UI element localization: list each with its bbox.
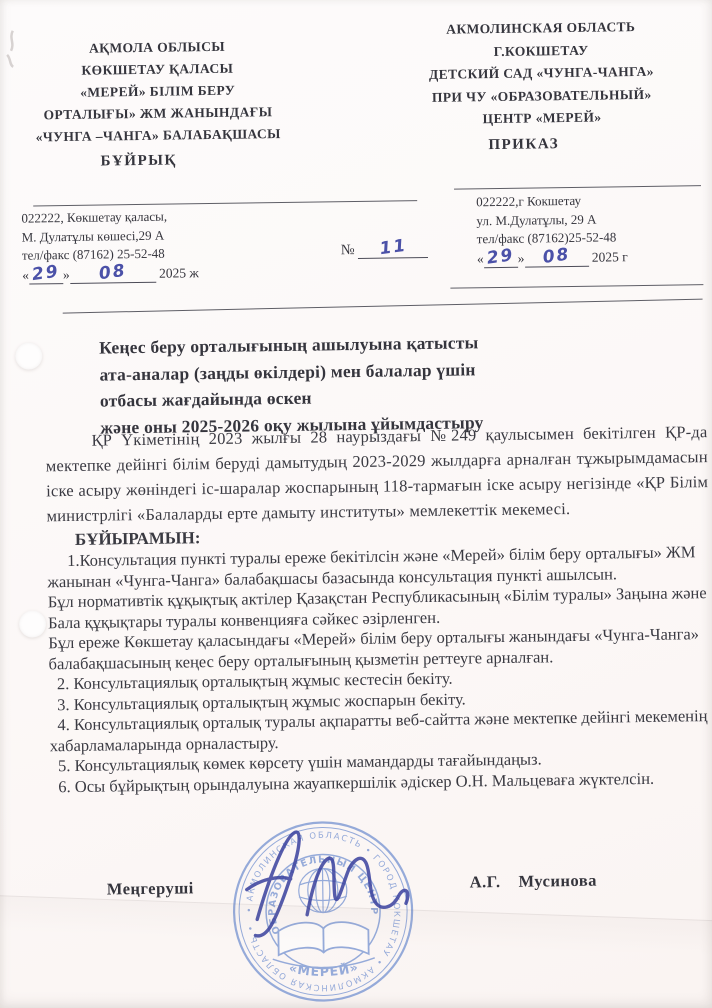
org-header-kazakh: АҚМОЛА ОБЛЫСЫ КӨКШЕТАУ ҚАЛАСЫ «МЕРЕЙ» БІ…	[23, 35, 293, 149]
org-line: ДЕТСКИЙ САД «ЧУНГА-ЧАНГА»	[383, 60, 699, 87]
org-line: «ЧУНГА –ЧАНГА» БАЛАБАҚШАСЫ	[24, 123, 292, 149]
requisites-left: 022222, Көкшетау қаласы, М. Дулатұлы көш…	[21, 206, 252, 284]
org-header-russian: АКМОЛИНСКАЯ ОБЛАСТЬ Г.КОКШЕТАУ ДЕТСКИЙ С…	[383, 15, 701, 132]
scan-artifact-mark	[1, 24, 36, 68]
divider-line	[450, 284, 703, 289]
date-year: 2025 г	[592, 249, 628, 265]
hole-punch-mark	[15, 342, 42, 369]
handwritten-month: 08	[98, 264, 127, 281]
signer-initials: А.Г.	[470, 872, 501, 891]
date-day-field: 29	[484, 251, 518, 267]
signer-role: Меңгеруші	[107, 878, 194, 899]
date-row-left: «29»08 2025 ж	[22, 263, 252, 285]
date-year: 2025 ж	[159, 265, 199, 281]
number-field: 11	[358, 242, 428, 259]
divider-line	[33, 200, 417, 206]
requisites-right: 022222,г Кокшетау ул. М.Дулатұлы, 29 А т…	[476, 190, 703, 268]
handwritten-month: 08	[542, 248, 571, 265]
handwritten-day: 29	[486, 249, 515, 266]
preamble-paragraph: ҚР Үкіметінің 2023 жылғы 28 наурыздағы №…	[45, 419, 708, 528]
date-row-right: «29»08 2025 г	[477, 247, 703, 269]
org-line: ЦЕНТР «МЕРЕЙ»	[384, 105, 700, 132]
stamp-center-name: «МЕРЕЙ»	[287, 959, 360, 980]
order-body: ҚР Үкіметінің 2023 жылғы 28 наурыздағы №…	[45, 419, 712, 797]
hole-punch-mark	[19, 610, 46, 637]
handwritten-number: 11	[379, 240, 408, 257]
scan-content: АҚМОЛА ОБЛЫСЫ КӨКШЕТАУ ҚАЛАСЫ «МЕРЕЙ» БІ…	[0, 0, 712, 1008]
signer-name: А.Г.Мусинова	[470, 871, 598, 893]
order-word-russian: ПРИКАЗ	[488, 136, 559, 154]
document-number: № 11	[341, 241, 429, 259]
divider-line-long	[63, 299, 703, 314]
scanned-order-document: АҚМОЛА ОБЛЫСЫ КӨКШЕТАУ ҚАЛАСЫ «МЕРЕЙ» БІ…	[0, 0, 712, 1008]
handwritten-day: 29	[31, 265, 60, 282]
signer-surname: Мусинова	[518, 871, 597, 891]
order-word-kazakh: БҰЙРЫҚ	[100, 152, 176, 170]
date-day-field: 29	[29, 268, 63, 284]
number-label: №	[341, 242, 355, 258]
date-month-field: 08	[70, 266, 156, 283]
divider-line	[454, 185, 701, 189]
date-month-field: 08	[524, 250, 588, 267]
